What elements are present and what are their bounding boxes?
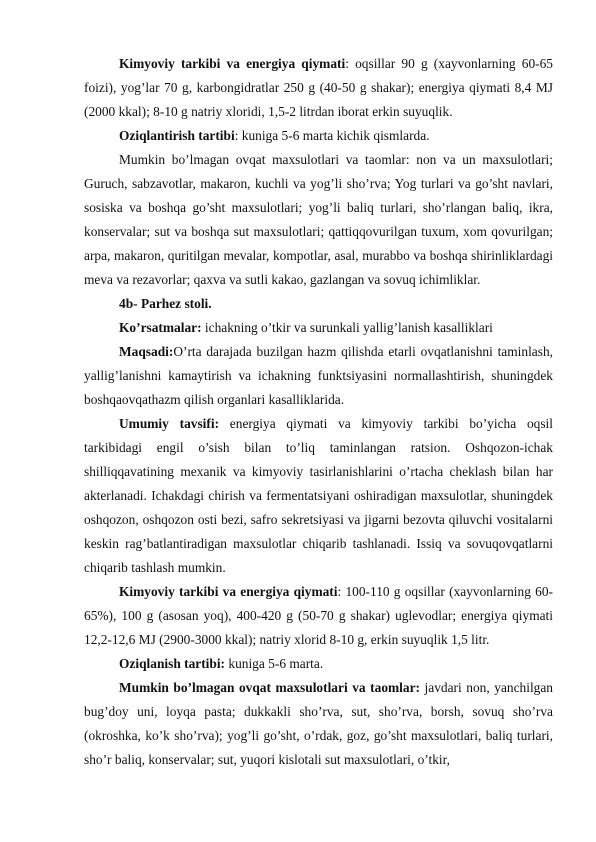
- paragraph-label: Maqsadi:: [119, 344, 173, 359]
- paragraph-chemical-composition-1: Kimyoviy tarkibi va energiya qiymati: oq…: [84, 52, 553, 124]
- paragraph-text: kuniga 5-6 marta.: [225, 656, 323, 671]
- paragraph-label: Kimyoviy tarkibi va energiya qiymati: [119, 56, 345, 71]
- paragraph-feeding-regime: Oziqlantirish tartibi: kuniga 5-6 marta …: [84, 124, 553, 148]
- paragraph-label: Ko’rsatmalar:: [119, 320, 202, 335]
- paragraph-chemical-composition-2: Kimyoviy tarkibi va energiya qiymati: 10…: [84, 580, 553, 652]
- paragraph-text: : kuniga 5-6 marta kichik qismlarda.: [235, 128, 430, 143]
- paragraph-nutrition-regime: Oziqlanish tartibi: kuniga 5-6 marta.: [84, 652, 553, 676]
- section-heading-4b: 4b- Parhez stoli.: [84, 292, 553, 316]
- paragraph-general-description: Umumiy tavsifi: energiya qiymati va kimy…: [84, 412, 553, 580]
- paragraph-text: energiya qiymati va kimyoviy tarkibi bo’…: [84, 416, 553, 575]
- paragraph-purpose: Maqsadi:O’rta darajada buzilgan hazm qil…: [84, 340, 553, 412]
- paragraph-label: Oziqlanish tartibi:: [119, 656, 225, 671]
- paragraph-text: ichakning o’tkir va surunkali yallig’lan…: [202, 320, 493, 335]
- paragraph-text: Mumkin bo’lmagan ovqat maxsulotlari va t…: [84, 152, 553, 287]
- paragraph-label: Kimyoviy tarkibi va energiya qiymati: [119, 584, 338, 599]
- paragraph-prohibited-foods-1: Mumkin bo’lmagan ovqat maxsulotlari va t…: [84, 148, 553, 292]
- paragraph-prohibited-foods-2: Mumkin bo’lmagan ovqat maxsulotlari va t…: [84, 676, 553, 772]
- document-page: Kimyoviy tarkibi va energiya qiymati: oq…: [84, 52, 553, 772]
- paragraph-label: Umumiy tavsifi:: [119, 416, 219, 431]
- section-heading: 4b- Parhez stoli.: [119, 296, 212, 311]
- paragraph-label: Oziqlantirish tartibi: [119, 128, 235, 143]
- paragraph-label: Mumkin bo’lmagan ovqat maxsulotlari va t…: [119, 680, 420, 695]
- paragraph-indications: Ko’rsatmalar: ichakning o’tkir va surunk…: [84, 316, 553, 340]
